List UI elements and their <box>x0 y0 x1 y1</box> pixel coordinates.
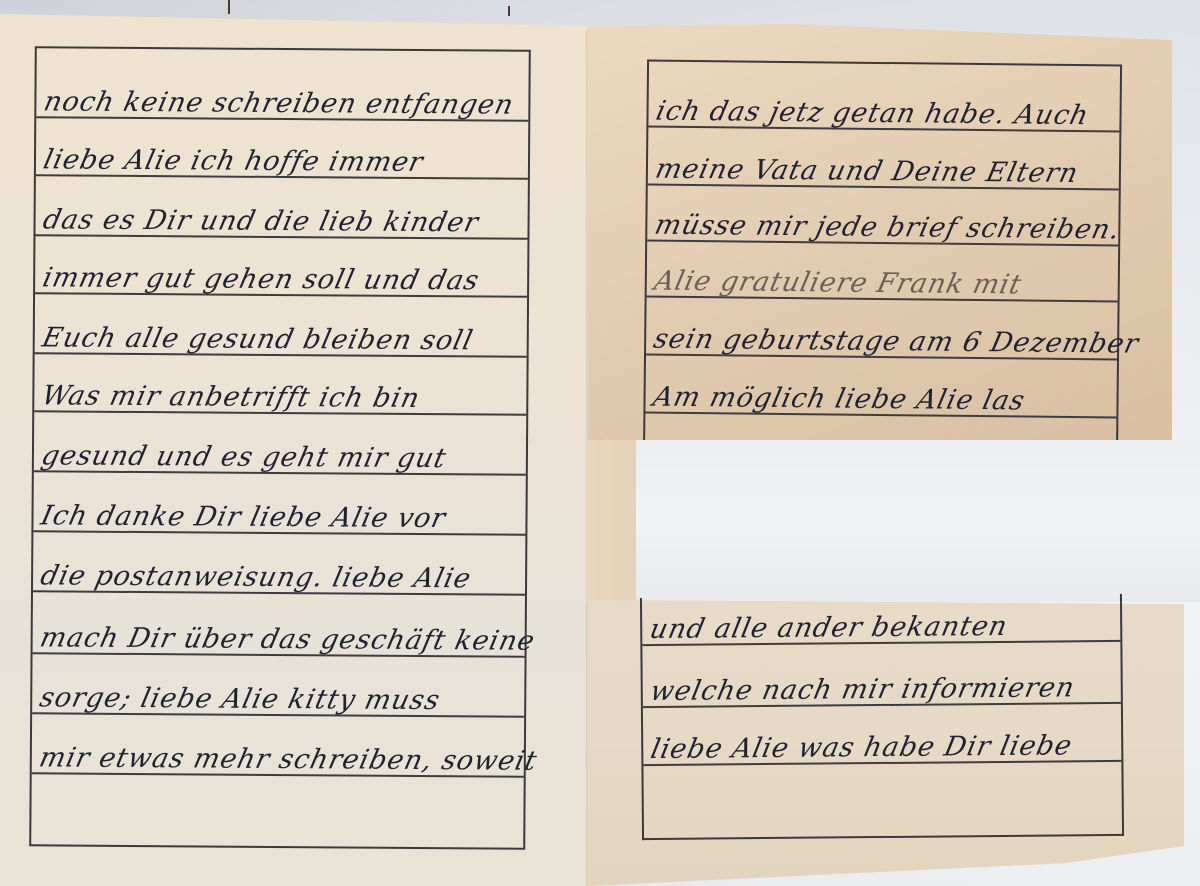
handwritten-line: mach Dir über das geschäft keine <box>37 622 538 656</box>
handwritten-line: das es Dir und die lieb kinder <box>40 204 482 238</box>
handwritten-line: gesund und es geht mir gut <box>39 440 450 474</box>
pin-mark <box>228 0 230 14</box>
handwritten-line: Was mir anbetrifft ich bin <box>39 380 423 414</box>
handwritten-line: und alle ander bekanten <box>647 611 1010 645</box>
handwritten-line: welche nach mir informieren <box>648 672 1078 707</box>
left-page-frame: noch keine schreiben entfangen liebe Ali… <box>29 46 531 849</box>
torn-gap <box>636 440 1200 602</box>
right-page-top-frame: ich das jetz getan habe. Auch meine Vata… <box>643 60 1122 465</box>
handwritten-line: mir etwas mehr schreiben, soweit <box>36 742 540 776</box>
handwritten-line: Ich danke Dir liebe Alie vor <box>38 500 449 534</box>
handwritten-line: noch keine schreiben entfangen <box>41 86 517 120</box>
handwritten-line: meine Vata und Deine Eltern <box>653 154 1082 189</box>
handwritten-line: Alie gratuliere Frank mit <box>651 266 1025 301</box>
handwritten-line: immer gut gehen soll und das <box>40 262 483 296</box>
handwritten-line: ich das jetz getan habe. Auch <box>653 96 1092 131</box>
handwritten-line: Euch alle gesund bleiben soll <box>39 322 476 356</box>
pin-mark <box>508 6 510 16</box>
handwritten-line: die postanweisung. liebe Alie <box>38 560 475 594</box>
handwritten-line: liebe Alie was habe Dir liebe <box>648 730 1075 765</box>
handwritten-line: müsse mir jede brief schreiben. <box>652 210 1124 246</box>
torn-paper-flap <box>586 440 637 602</box>
handwritten-line: Am möglich liebe Alie las <box>650 382 1028 417</box>
handwritten-line: sorge; liebe Alie kitty muss <box>37 682 443 716</box>
handwritten-line: sein geburtstage am 6 Dezember <box>651 324 1142 360</box>
right-page-bottom-frame: und alle ander bekanten welche nach mir … <box>640 594 1124 840</box>
handwritten-line: liebe Alie ich hoffe immer <box>41 144 427 178</box>
